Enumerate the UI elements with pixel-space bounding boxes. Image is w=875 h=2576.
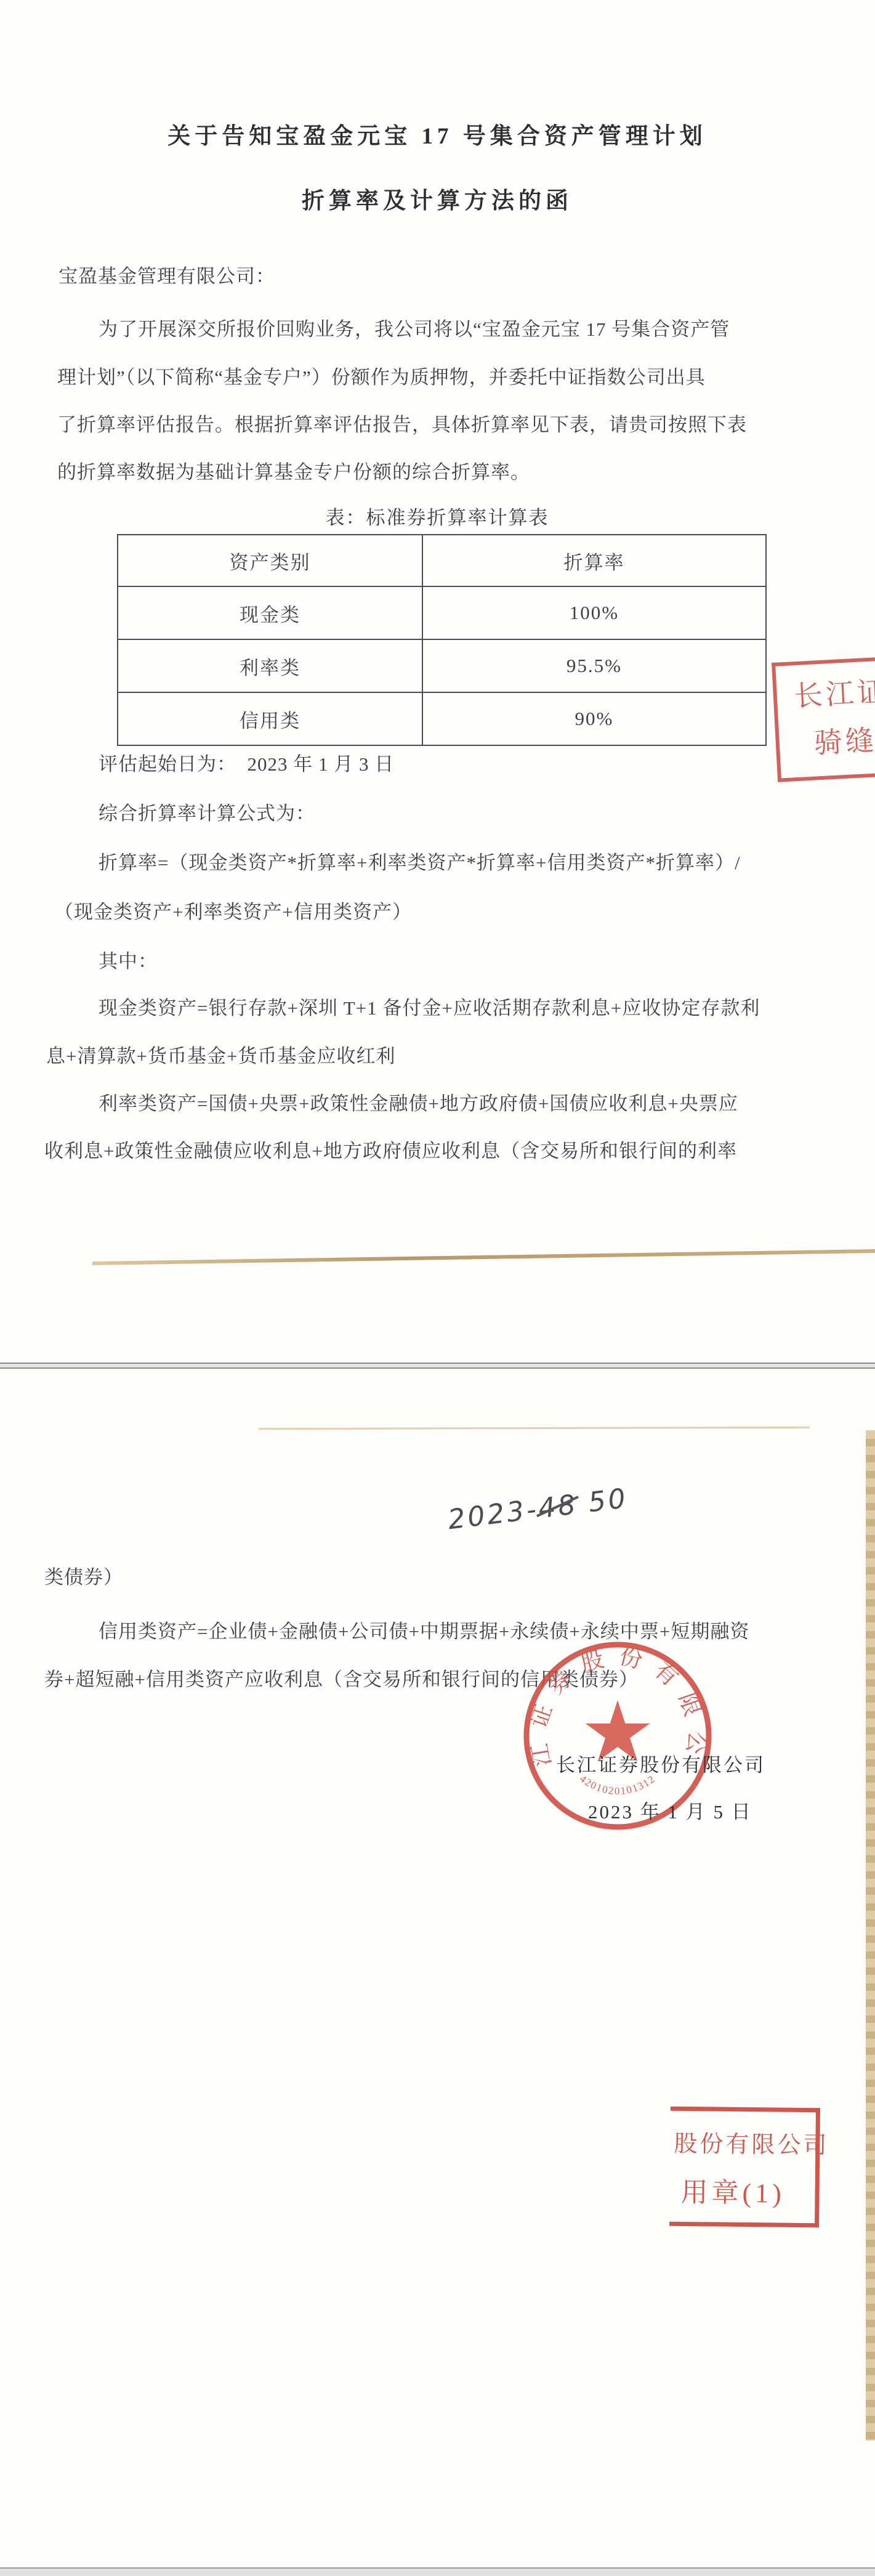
signature-company-name: 长江证券股份有限公司 [556, 1749, 765, 1777]
table-cell-rate: 100% [422, 586, 766, 639]
corner-rect-stamp: 股份有限公司 用章(1) [669, 2107, 820, 2228]
cash-assets-line1: 现金类资产=银行存款+深圳 T+1 备付金+应收活期存款利息+应收协定存款利 [99, 997, 760, 1019]
body-paragraph-line3: 了折算率评估报告。根据折算率评估报告，具体折算率见下表，请贵司按照下表 [57, 413, 747, 436]
scanned-document: 关于告知宝盈金元宝 17 号集合资产管理计划 折算率及计算方法的函 宝盈基金管理… [0, 0, 875, 2576]
page2-right-edge [866, 1430, 875, 2440]
salutation: 宝盈基金管理有限公司： [58, 265, 275, 288]
seam-stamp-line2: 骑缝专 [813, 716, 875, 762]
document-title-line1: 关于告知宝盈金元宝 17 号集合资产管理计划 [37, 123, 837, 150]
handwritten-prefix: 2023- [446, 1494, 541, 1536]
seam-stamp-line1: 长江证券 [793, 668, 875, 715]
table-cell-rate: 95.5% [422, 639, 766, 692]
cash-assets-line2: 息+清算款+货币基金+货币基金应收红利 [46, 1045, 395, 1067]
table-cell-asset: 现金类 [118, 586, 422, 639]
among-label: 其中： [99, 950, 158, 973]
table-header-asset-class: 资产类别 [118, 535, 422, 586]
formula-line1: 折算率=（现金类资产*折算率+利率类资产*折算率+信用类资产*折算率）/ [99, 851, 741, 874]
table-cell-rate: 90% [422, 692, 766, 745]
carryover-line: 类债券） [44, 1566, 123, 1589]
table-row: 现金类 100% [118, 586, 766, 639]
corner-stamp-line2: 用章(1) [680, 2170, 785, 2211]
table-header-haircut-rate: 折算率 [422, 535, 766, 586]
table-caption: 表：标准券折算率计算表 [80, 506, 794, 529]
document-title-line2: 折算率及计算方法的函 [37, 188, 837, 215]
formula-line2: （现金类资产+利率类资产+信用类资产） [54, 901, 412, 923]
rate-assets-line2: 收利息+政策性金融债应收利息+地方政府债应收利息（含交易所和银行间的利率 [44, 1140, 737, 1162]
formula-intro: 综合折算率计算公式为： [99, 802, 315, 825]
handwritten-suffix: 50 [576, 1483, 630, 1520]
haircut-rate-table: 资产类别 折算率 现金类 100% 利率类 95.5% 信用类 90% [117, 534, 767, 746]
handwritten-note: 2023-48 50 [398, 1451, 634, 1572]
body-paragraph-line2: 理计划”（以下简称“基金专户”）份额作为质押物，并委托中证指数公司出具 [57, 366, 706, 389]
page-separator [0, 1363, 875, 1369]
bottom-separator [0, 2567, 875, 2576]
corner-stamp-line1: 股份有限公司 [674, 2124, 829, 2160]
table-header-row: 资产类别 折算率 [118, 535, 766, 586]
table-row: 信用类 90% [118, 692, 766, 745]
table-cell-asset: 信用类 [118, 692, 422, 745]
body-paragraph-line1: 为了开展深交所报价回购业务，我公司将以“宝盈金元宝 17 号集合资产管 [99, 318, 730, 341]
table-row: 利率类 95.5% [118, 639, 766, 692]
table-cell-asset: 利率类 [118, 639, 422, 692]
body-paragraph-line4: 的折算率数据为基础计算基金专户份额的综合折算率。 [57, 461, 530, 484]
signature-date: 2023 年 1 月 5 日 [588, 1796, 752, 1824]
evaluation-start-date: 评估起始日为： 2023 年 1 月 3 日 [99, 753, 394, 776]
seam-stamp: 长江证券 骑缝专 [772, 657, 875, 782]
handwritten-struck-number: 48 [536, 1489, 579, 1525]
rate-assets-line1: 利率类资产=国债+央票+政策性金融债+地方政府债+国债应收利息+央票应 [99, 1092, 738, 1115]
page2-top-edge [259, 1427, 810, 1430]
page1-bottom-edge [92, 1249, 875, 1265]
